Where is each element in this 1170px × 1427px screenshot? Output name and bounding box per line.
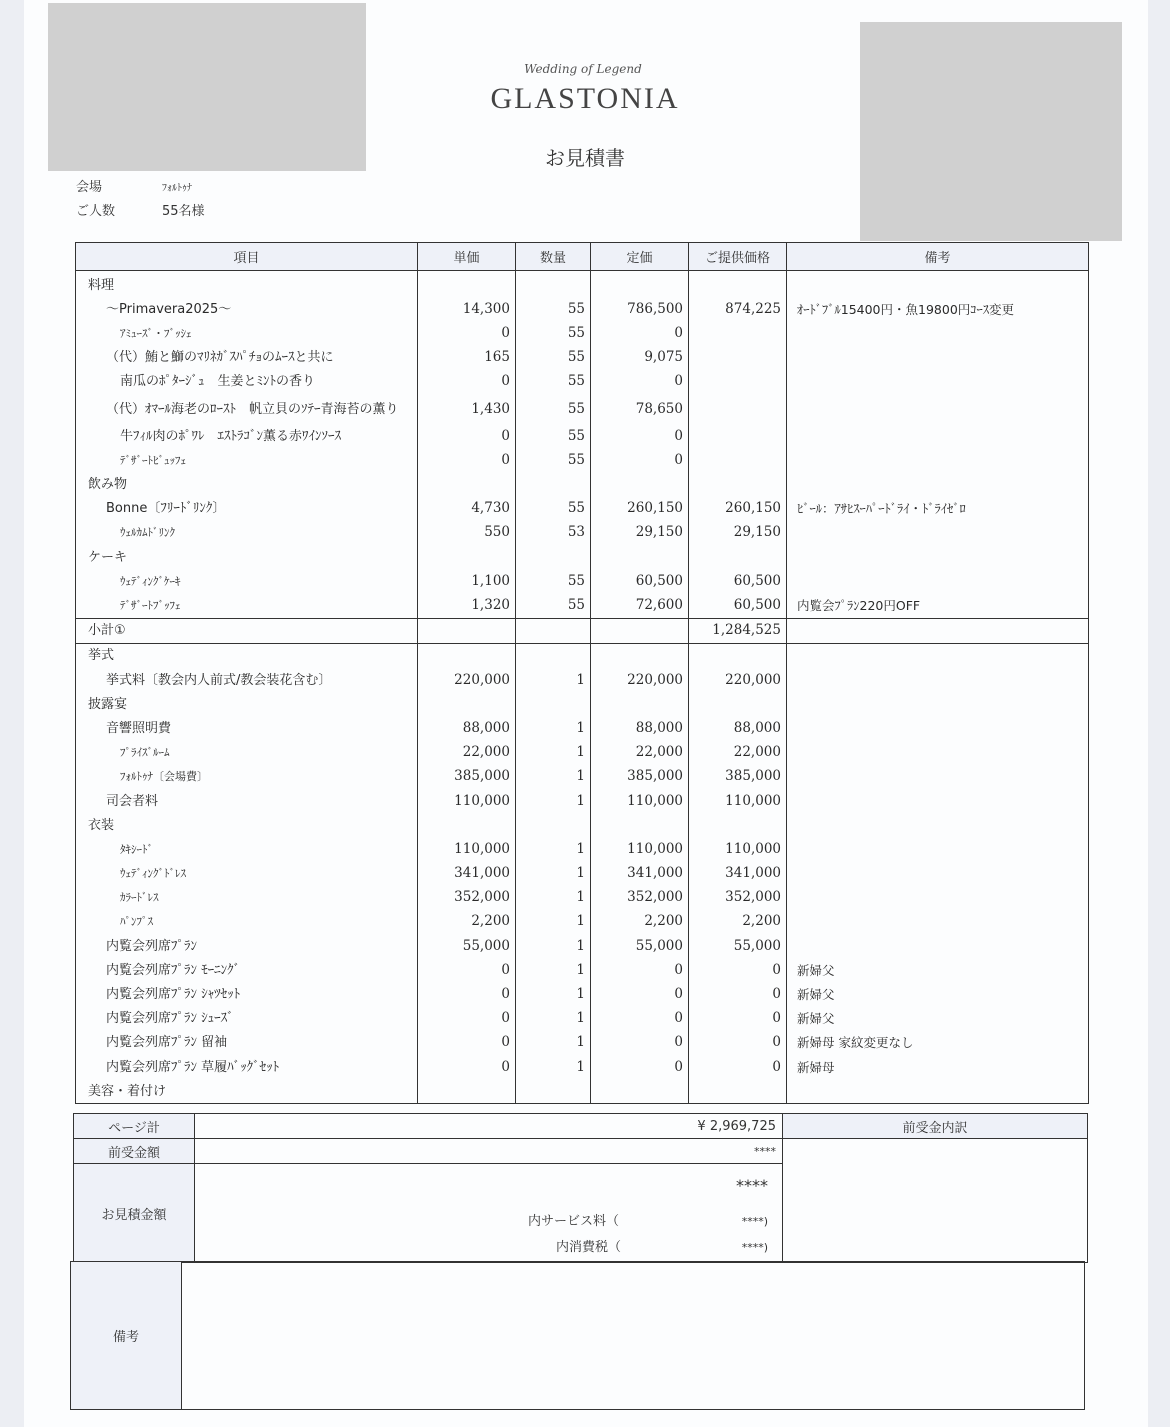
category-name: 料理 [76,271,418,298]
table-row: （代）鮪と鰤のﾏﾘﾈｶﾞｽﾊﾟﾁｮのﾑｰｽと共に165559,075 [76,346,1089,370]
unit-price-cell: 0 [418,1007,516,1031]
category-row: 披露宴 [76,692,1089,716]
item-name: 司会者料 [76,789,418,813]
table-row: ﾀｷｼｰﾄﾞ110,0001110,000110,000 [76,837,1089,861]
offer-price-cell: 385,000 [689,765,787,789]
unit-price-cell: 0 [418,982,516,1006]
offer-price-cell: 260,150 [689,497,787,521]
quantity-cell: 1 [516,982,591,1006]
list-price-cell: 88,000 [591,716,689,740]
unit-price-cell: 0 [418,424,516,448]
item-name: 内覧会列席ﾌﾟﾗﾝ ｼｭｰｽﾞ [76,1007,418,1031]
note-cell: 新婦父 [787,982,1089,1006]
list-price-cell: 341,000 [591,862,689,886]
unit-price-cell [418,618,516,643]
unit-price-cell [418,545,516,569]
note-cell [787,886,1089,910]
unit-price-cell: 550 [418,521,516,545]
table-row: 内覧会列席ﾌﾟﾗﾝ ｼｬﾂｾｯﾄ0100新婦父 [76,982,1089,1006]
item-name: 内覧会列席ﾌﾟﾗﾝ ﾓｰﾆﾝｸﾞ [76,958,418,982]
offer-price-cell [689,448,787,472]
guests-row: ご人数55名様 [76,200,205,219]
estimate-table: 項目 単価 数量 定価 ご提供価格 備考 料理～Primavera2025～14… [75,242,1089,1104]
list-price-cell: 2,200 [591,910,689,934]
deposit-breakdown-cell [783,1139,1088,1263]
header-list-price: 定価 [591,243,689,271]
estimate-amount-cell: **** 内サービス料（****) 内消費税（****) [195,1164,783,1263]
offer-price-cell [689,545,787,569]
deposit-breakdown-label: 前受金内訳 [783,1114,1088,1139]
unit-price-cell: 110,000 [418,837,516,861]
note-cell [787,448,1089,472]
offer-price-cell: 88,000 [689,716,787,740]
page-total-value: ¥ 2,969,725 [195,1114,783,1139]
note-cell: 内覧会ﾌﾟﾗﾝ220円OFF [787,593,1089,618]
table-row: 内覧会列席ﾌﾟﾗﾝ ﾓｰﾆﾝｸﾞ0100新婦父 [76,958,1089,982]
item-name: ｳｪﾃﾞｨﾝｸﾞｹｰｷ [76,569,418,593]
deposit-value: **** [195,1139,783,1164]
remarks-value [182,1262,1085,1410]
category-row: 飲み物 [76,473,1089,497]
list-price-cell [591,1079,689,1104]
quantity-cell [516,692,591,716]
list-price-cell [591,545,689,569]
quantity-cell: 55 [516,297,591,321]
quantity-cell: 1 [516,910,591,934]
unit-price-cell: 0 [418,448,516,472]
quantity-cell [516,271,591,298]
list-price-cell [591,813,689,837]
offer-price-cell [689,394,787,424]
offer-price-cell: 22,000 [689,741,787,765]
quantity-cell [516,813,591,837]
table-header-row: 項目 単価 数量 定価 ご提供価格 備考 [76,243,1089,271]
list-price-cell: 72,600 [591,593,689,618]
unit-price-cell: 341,000 [418,862,516,886]
unit-price-cell [418,643,516,668]
offer-price-cell: 29,150 [689,521,787,545]
list-price-cell: 786,500 [591,297,689,321]
unit-price-cell: 352,000 [418,886,516,910]
quantity-cell: 1 [516,1055,591,1079]
offer-price-cell: 110,000 [689,837,787,861]
list-price-cell: 352,000 [591,886,689,910]
list-price-cell: 0 [591,1031,689,1055]
table-row: 内覧会列席ﾌﾟﾗﾝ 草履ﾊﾞｯｸﾞｾｯﾄ0100新婦母 [76,1055,1089,1079]
table-row: ｳｪﾃﾞｨﾝｸﾞﾄﾞﾚｽ341,0001341,000341,000 [76,862,1089,886]
note-cell [787,813,1089,837]
list-price-cell: 29,150 [591,521,689,545]
quantity-cell: 1 [516,789,591,813]
offer-price-cell [689,346,787,370]
unit-price-cell: 385,000 [418,765,516,789]
venue-value: ﾌｫﾙﾄｩﾅ [162,183,192,194]
item-name: ｱﾐｭｰｽﾞ・ﾌﾞｯｼｪ [76,321,418,345]
list-price-cell: 22,000 [591,741,689,765]
quantity-cell: 55 [516,346,591,370]
table-row: 内覧会列席ﾌﾟﾗﾝ 留袖0100新婦母 家紋変更なし [76,1031,1089,1055]
table-row: ﾌﾟﾗｲｽﾞﾙｰﾑ22,000122,00022,000 [76,741,1089,765]
quantity-cell: 55 [516,321,591,345]
quantity-cell: 55 [516,448,591,472]
table-row: 内覧会列席ﾌﾟﾗﾝ ｼｭｰｽﾞ0100新婦父 [76,1007,1089,1031]
note-cell: 新婦父 [787,1007,1089,1031]
quantity-cell [516,643,591,668]
list-price-cell: 55,000 [591,934,689,958]
list-price-cell: 110,000 [591,837,689,861]
list-price-cell: 0 [591,1007,689,1031]
offer-price-cell: 0 [689,982,787,1006]
offer-price-cell [689,813,787,837]
quantity-cell: 1 [516,862,591,886]
item-name: 挙式料〔教会内人前式/教会装花含む〕 [76,668,418,692]
category-row: 挙式 [76,643,1089,668]
quantity-cell: 1 [516,837,591,861]
item-name: 内覧会列席ﾌﾟﾗﾝ 草履ﾊﾞｯｸﾞｾｯﾄ [76,1055,418,1079]
category-row: 料理 [76,271,1089,298]
remarks-label: 備考 [71,1262,182,1410]
unit-price-cell: 0 [418,1031,516,1055]
quantity-cell: 55 [516,569,591,593]
item-name: 牛ﾌｨﾙ肉のﾎﾟﾜﾚ ｴｽﾄﾗｺﾞﾝ薫る赤ﾜｲﾝｿｰｽ [76,424,418,448]
offer-price-cell: 110,000 [689,789,787,813]
list-price-cell: 78,650 [591,394,689,424]
offer-price-cell: 0 [689,1007,787,1031]
offer-price-cell: 60,500 [689,569,787,593]
note-cell: 新婦母 [787,1055,1089,1079]
estimate-amount-label: お見積金額 [74,1164,195,1263]
list-price-cell: 0 [591,424,689,448]
category-name: ケーキ [76,545,418,569]
offer-price-cell: 0 [689,1055,787,1079]
quantity-cell [516,1079,591,1104]
item-name: ﾌｫﾙﾄｩﾅ〔会場費〕 [76,765,418,789]
quantity-cell: 1 [516,1031,591,1055]
item-name: 内覧会列席ﾌﾟﾗﾝ 留袖 [76,1031,418,1055]
note-cell [787,618,1089,643]
note-cell [787,321,1089,345]
list-price-cell [591,643,689,668]
list-price-cell: 385,000 [591,765,689,789]
table-row: 南瓜のﾎﾟﾀｰｼﾞｭ 生姜とﾐﾝﾄの香り0550 [76,370,1089,394]
list-price-cell: 0 [591,321,689,345]
note-cell [787,765,1089,789]
note-cell: ｵｰﾄﾞﾌﾞﾙ15400円・魚19800円ｺｰｽ変更 [787,297,1089,321]
table-row: ｳｪﾃﾞｨﾝｸﾞｹｰｷ1,1005560,50060,500 [76,569,1089,593]
quantity-cell: 1 [516,886,591,910]
table-row: 音響照明費88,000188,00088,000 [76,716,1089,740]
offer-price-cell [689,424,787,448]
note-cell [787,424,1089,448]
estimate-table-body: 料理～Primavera2025～14,30055786,500874,225ｵ… [76,271,1089,1104]
service-fee-row: 内サービス料（****) [528,1210,768,1229]
unit-price-cell: 2,200 [418,910,516,934]
table-row: 牛ﾌｨﾙ肉のﾎﾟﾜﾚ ｴｽﾄﾗｺﾞﾝ薫る赤ﾜｲﾝｿｰｽ0550 [76,424,1089,448]
header-quantity: 数量 [516,243,591,271]
item-name: 内覧会列席ﾌﾟﾗﾝ [76,934,418,958]
quantity-cell: 1 [516,958,591,982]
venue-label: 会場 [76,176,162,195]
list-price-cell [591,618,689,643]
service-fee-label: 内サービス料（ [528,1210,708,1229]
list-price-cell: 60,500 [591,569,689,593]
remarks-table: 備考 [70,1261,1085,1410]
item-name: ﾃﾞｻﾞｰﾄﾋﾞｭｯﾌｪ [76,448,418,472]
unit-price-cell: 4,730 [418,497,516,521]
quantity-cell: 55 [516,593,591,618]
consumption-tax-value: ****) [708,1241,768,1254]
list-price-cell: 110,000 [591,789,689,813]
category-name: 挙式 [76,643,418,668]
quantity-cell: 1 [516,741,591,765]
unit-price-cell: 0 [418,370,516,394]
list-price-cell: 0 [591,448,689,472]
venue-row: 会場ﾌｫﾙﾄｩﾅ [76,176,192,195]
header-unit-price: 単価 [418,243,516,271]
consumption-tax-row: 内消費税（****) [528,1236,768,1255]
unit-price-cell: 22,000 [418,741,516,765]
table-row: ｳｪﾙｶﾑﾄﾞﾘﾝｸ5505329,15029,150 [76,521,1089,545]
unit-price-cell: 0 [418,1055,516,1079]
document-title: お見積書 [0,142,1170,171]
item-name: ﾀｷｼｰﾄﾞ [76,837,418,861]
item-name: ｶﾗｰﾄﾞﾚｽ [76,886,418,910]
note-cell [787,394,1089,424]
deposit-label: 前受金額 [74,1139,195,1164]
offer-price-cell [689,321,787,345]
service-fee-value: ****) [708,1215,768,1228]
unit-price-cell: 0 [418,321,516,345]
header-notes: 備考 [787,243,1089,271]
note-cell [787,521,1089,545]
offer-price-cell [689,692,787,716]
note-cell [787,370,1089,394]
note-cell [787,692,1089,716]
table-row: ～Primavera2025～14,30055786,500874,225ｵｰﾄ… [76,297,1089,321]
table-row: （代）ｵﾏｰﾙ海老のﾛｰｽﾄ 帆立貝のｿﾃｰ青海苔の薫り1,4305578,65… [76,394,1089,424]
estimate-amount-value: **** [736,1176,768,1195]
quantity-cell: 1 [516,668,591,692]
offer-price-cell: 60,500 [689,593,787,618]
guests-value: 55名様 [162,204,205,219]
list-price-cell [591,473,689,497]
unit-price-cell: 55,000 [418,934,516,958]
logo-tagline: Wedding of Legend [0,62,1168,76]
quantity-cell [516,618,591,643]
note-cell [787,862,1089,886]
table-row: 挙式料〔教会内人前式/教会装花含む〕220,0001220,000220,000 [76,668,1089,692]
offer-price-cell: 352,000 [689,886,787,910]
unit-price-cell [418,1079,516,1104]
quantity-cell: 55 [516,497,591,521]
offer-price-cell: 0 [689,1031,787,1055]
offer-price-cell: 2,200 [689,910,787,934]
list-price-cell: 9,075 [591,346,689,370]
table-row: Bonne〔ﾌﾘｰﾄﾞﾘﾝｸ〕4,73055260,150260,150ﾋﾞｰﾙ… [76,497,1089,521]
offer-price-cell: 55,000 [689,934,787,958]
summary-table: ページ計 ¥ 2,969,725 前受金内訳 前受金額 **** お見積金額 *… [73,1113,1088,1263]
unit-price-cell [418,692,516,716]
item-name: ﾃﾞｻﾞｰﾄﾌﾞｯﾌｪ [76,593,418,618]
offer-price-cell [689,1079,787,1104]
table-row: ﾃﾞｻﾞｰﾄﾌﾞｯﾌｪ1,3205572,60060,500内覧会ﾌﾟﾗﾝ220… [76,593,1089,618]
item-name: ﾌﾟﾗｲｽﾞﾙｰﾑ [76,741,418,765]
header-item: 項目 [76,243,418,271]
note-cell: 新婦母 家紋変更なし [787,1031,1089,1055]
item-name: 音響照明費 [76,716,418,740]
item-name: ～Primavera2025～ [76,297,418,321]
category-name: 飲み物 [76,473,418,497]
offer-price-cell: 0 [689,958,787,982]
note-cell [787,716,1089,740]
quantity-cell [516,545,591,569]
unit-price-cell [418,271,516,298]
offer-price-cell [689,370,787,394]
category-row: 美容・着付け [76,1079,1089,1104]
note-cell [787,934,1089,958]
note-cell [787,545,1089,569]
offer-price-cell: 220,000 [689,668,787,692]
offer-price-cell: 874,225 [689,297,787,321]
unit-price-cell: 220,000 [418,668,516,692]
quantity-cell: 55 [516,370,591,394]
quantity-cell: 1 [516,1007,591,1031]
unit-price-cell: 110,000 [418,789,516,813]
item-name: Bonne〔ﾌﾘｰﾄﾞﾘﾝｸ〕 [76,497,418,521]
unit-price-cell: 165 [418,346,516,370]
subtotal-label: 小計① [76,618,418,643]
list-price-cell: 260,150 [591,497,689,521]
table-row: ﾃﾞｻﾞｰﾄﾋﾞｭｯﾌｪ0550 [76,448,1089,472]
offer-price-cell [689,271,787,298]
item-name: （代）ｵﾏｰﾙ海老のﾛｰｽﾄ 帆立貝のｿﾃｰ青海苔の薫り [76,394,418,424]
guests-label: ご人数 [76,200,162,219]
item-name: （代）鮪と鰤のﾏﾘﾈｶﾞｽﾊﾟﾁｮのﾑｰｽと共に [76,346,418,370]
quantity-cell: 1 [516,765,591,789]
quantity-cell: 53 [516,521,591,545]
note-cell [787,473,1089,497]
quantity-cell: 55 [516,394,591,424]
note-cell: ﾋﾞｰﾙ：ｱｻﾋｽｰﾊﾟｰﾄﾞﾗｲ・ﾄﾞﾗｲｾﾞﾛ [787,497,1089,521]
consumption-tax-label: 内消費税（ [528,1236,708,1255]
subtotal-row: 小計①1,284,525 [76,618,1089,643]
table-row: ｶﾗｰﾄﾞﾚｽ352,0001352,000352,000 [76,886,1089,910]
quantity-cell: 1 [516,716,591,740]
offer-price-cell [689,643,787,668]
list-price-cell [591,271,689,298]
quantity-cell [516,473,591,497]
note-cell [787,643,1089,668]
list-price-cell: 0 [591,370,689,394]
page-total-label: ページ計 [74,1114,195,1139]
brand-logo: GLASTONIA [0,82,1170,116]
category-name: 衣装 [76,813,418,837]
category-row: ケーキ [76,545,1089,569]
header-offer-price: ご提供価格 [689,243,787,271]
list-price-cell [591,692,689,716]
item-name: ﾊﾟﾝﾌﾟｽ [76,910,418,934]
offer-price-cell: 1,284,525 [689,618,787,643]
item-name: 南瓜のﾎﾟﾀｰｼﾞｭ 生姜とﾐﾝﾄの香り [76,370,418,394]
category-name: 美容・着付け [76,1079,418,1104]
quantity-cell: 55 [516,424,591,448]
unit-price-cell: 1,320 [418,593,516,618]
redacted-block-right [860,22,1122,241]
quantity-cell: 1 [516,934,591,958]
unit-price-cell [418,473,516,497]
note-cell [787,569,1089,593]
category-row: 衣装 [76,813,1089,837]
unit-price-cell: 1,430 [418,394,516,424]
table-row: ﾊﾟﾝﾌﾟｽ2,20012,2002,200 [76,910,1089,934]
offer-price-cell [689,473,787,497]
table-row: 内覧会列席ﾌﾟﾗﾝ55,000155,00055,000 [76,934,1089,958]
table-row: 司会者料110,0001110,000110,000 [76,789,1089,813]
unit-price-cell: 0 [418,958,516,982]
note-cell [787,910,1089,934]
note-cell [787,1079,1089,1104]
list-price-cell: 0 [591,982,689,1006]
note-cell: 新婦父 [787,958,1089,982]
note-cell [787,741,1089,765]
item-name: 内覧会列席ﾌﾟﾗﾝ ｼｬﾂｾｯﾄ [76,982,418,1006]
item-name: ｳｪﾃﾞｨﾝｸﾞﾄﾞﾚｽ [76,862,418,886]
table-row: ﾌｫﾙﾄｩﾅ〔会場費〕385,0001385,000385,000 [76,765,1089,789]
note-cell [787,789,1089,813]
unit-price-cell: 88,000 [418,716,516,740]
offer-price-cell: 341,000 [689,862,787,886]
category-name: 披露宴 [76,692,418,716]
unit-price-cell: 1,100 [418,569,516,593]
note-cell [787,346,1089,370]
note-cell [787,668,1089,692]
list-price-cell: 0 [591,1055,689,1079]
unit-price-cell: 14,300 [418,297,516,321]
list-price-cell: 220,000 [591,668,689,692]
note-cell [787,271,1089,298]
table-row: ｱﾐｭｰｽﾞ・ﾌﾞｯｼｪ0550 [76,321,1089,345]
note-cell [787,837,1089,861]
item-name: ｳｪﾙｶﾑﾄﾞﾘﾝｸ [76,521,418,545]
unit-price-cell [418,813,516,837]
list-price-cell: 0 [591,958,689,982]
